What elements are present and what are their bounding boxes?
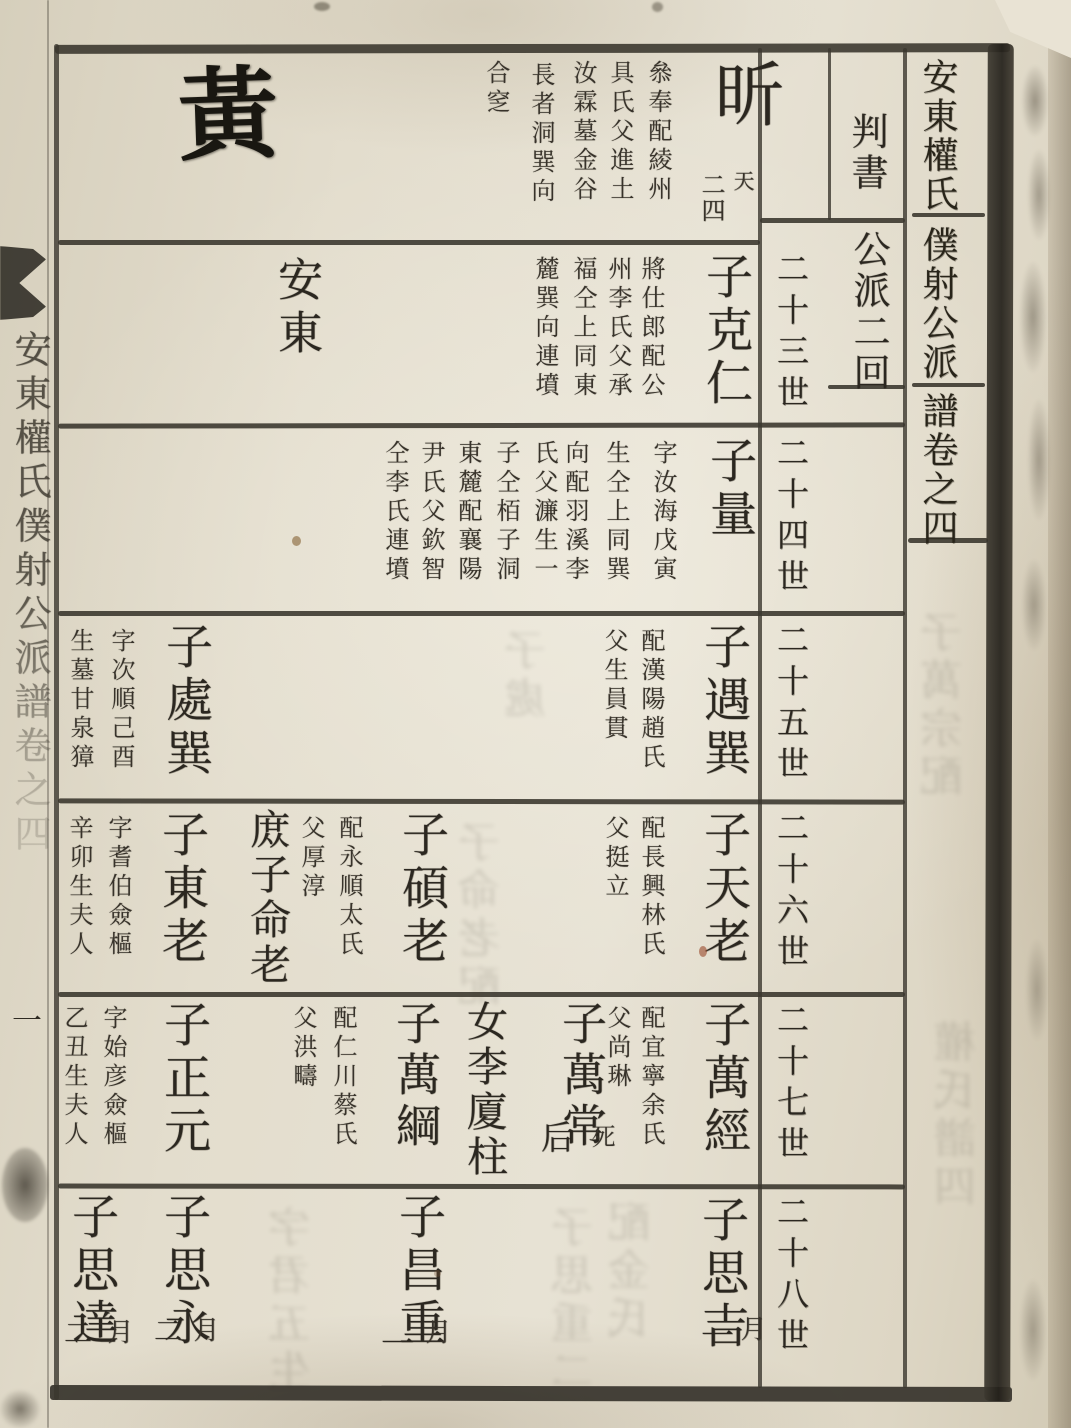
annotation-column: 尹氏父欽智 — [414, 440, 449, 585]
grid-row-line — [58, 422, 905, 428]
bleed-through-text: 子思重二 — [545, 1205, 605, 1397]
person-name: 女李廈柱 — [455, 1000, 514, 1180]
branch-header: 判書 — [839, 112, 893, 194]
annotation-column: 父生員貫 — [597, 628, 632, 744]
title-separator-tick — [912, 383, 985, 387]
annotation-column: 配漢陽趙氏 — [634, 628, 669, 773]
spine-page-number: 一 — [12, 996, 42, 1040]
annotation-column: 生仝上同巽 — [599, 440, 634, 585]
annotation-column: 死 — [584, 1124, 619, 1153]
binding-mark — [1026, 940, 1048, 1040]
grid-row-line — [760, 218, 905, 223]
annotation-column: 父洪疇 — [286, 1005, 321, 1092]
ink-smudge — [0, 1390, 40, 1428]
bleed-through-text: 字君五生 — [262, 1205, 322, 1397]
annotation-column: 父厚淳 — [294, 815, 329, 902]
paper-stack-edge — [1048, 0, 1071, 1428]
annotation-column: 辛卯生夫人 — [62, 815, 97, 960]
annotation-column: 氏父濂生一 — [527, 440, 562, 585]
volume-title-branch: 僕射公派 — [912, 226, 963, 382]
page-reference-page: 二四 — [694, 172, 729, 224]
page-reference-volume: 天 — [728, 170, 758, 193]
person-name: 子東老 — [148, 810, 215, 969]
edge-mark — [314, 2, 330, 11]
grid-column-line — [903, 48, 907, 1388]
frame-bottom-line — [50, 1385, 1012, 1402]
person-name: 子萬綱 — [382, 1000, 447, 1153]
annotation-column: 字耆伯僉樞 — [101, 815, 136, 960]
person-name: 子處巽 — [152, 622, 219, 781]
binding-mark — [1022, 560, 1046, 650]
branch-subtitle: 公派二回 — [841, 230, 895, 394]
generation-label-28: 二十八世 — [768, 1195, 814, 1359]
paper-stain — [292, 536, 301, 546]
annotation-column: 父挺立 — [598, 815, 633, 902]
person-name: 子天老 — [690, 810, 757, 969]
page-reference-page: 二 — [56, 1318, 96, 1348]
fishtail-ornament — [0, 246, 46, 320]
binding-mark — [1020, 262, 1046, 372]
annotation-column: 向配羽溪李 — [558, 440, 593, 585]
bleed-through-text: 子處 — [498, 628, 558, 724]
annotation-column: 仝李氏連墳 — [378, 440, 413, 585]
annotation-column: 生墓甘泉獐 — [63, 628, 98, 773]
annotation-column: 配永順太氏 — [332, 815, 367, 960]
annotation-column: 福仝上同東 — [566, 256, 601, 401]
bleed-through-text: 權氏譜四 — [928, 1020, 988, 1212]
annotation-column: 字次順己酉 — [104, 628, 139, 773]
annotation-column: 配仁川蔡氏 — [326, 1005, 361, 1150]
grid-row-line — [58, 1184, 905, 1190]
annotation-column: 將仕郎配公 — [634, 256, 669, 401]
volume-title-clan: 安東權氏 — [912, 58, 963, 214]
edge-mark — [652, 2, 663, 12]
generation-label-23: 二十三世 — [768, 252, 814, 416]
binding-mark — [1022, 66, 1048, 136]
page-reference-volume: 月 — [100, 1318, 137, 1346]
bleed-through-text: 配金氏 — [602, 1200, 662, 1344]
grid-row-line — [58, 240, 760, 245]
volume-title-volume: 譜卷之四 — [912, 392, 963, 548]
person-name-suffix: 后 — [532, 1120, 579, 1155]
paper-stain — [434, 1270, 441, 1277]
paper-stain — [699, 946, 707, 957]
page-reference-page: 二 — [146, 1316, 186, 1346]
grid-row-line — [58, 798, 905, 804]
binding-mark — [1020, 1280, 1046, 1380]
generation-label-26: 二十六世 — [768, 811, 814, 975]
fold-line — [47, 0, 49, 1428]
person-name: 子碩老 — [388, 810, 455, 969]
annotation-column: 乙丑生夫人 — [57, 1005, 92, 1150]
ancestor-name: 昕 — [694, 58, 795, 128]
person-name: 子克仁 — [692, 252, 759, 411]
person-name: 子萬經 — [690, 1000, 757, 1159]
generation-label-24: 二十四世 — [768, 436, 814, 600]
annotation-column: 東麓配襄陽 — [451, 440, 486, 585]
page-reference-volume: 月 — [186, 1316, 223, 1344]
page-reference-volume: 月 — [418, 1318, 455, 1346]
page-reference-page: 一 — [372, 1326, 419, 1361]
annotation-column: 長者洞巽向 — [524, 62, 559, 207]
person-name: 子量 — [696, 436, 763, 542]
generation-label-25: 二十五世 — [768, 623, 814, 787]
bleed-through-text: 子萬宗配 — [914, 610, 974, 802]
annotation-column: 叅奉配綾州 — [641, 60, 676, 205]
annotation-column: 具氏父進土 — [603, 60, 638, 205]
person-name: 庻子命老 — [238, 808, 297, 988]
ink-smudge — [2, 1148, 48, 1222]
page-reference-page: 一 — [692, 1318, 739, 1353]
binding-mark — [1028, 400, 1050, 520]
grid-column-line — [758, 48, 762, 1388]
annotation-column: 配長興林氏 — [634, 815, 669, 960]
annotation-column: 字始彦僉樞 — [96, 1005, 131, 1150]
annotation-column: 汝霖墓金谷 — [566, 60, 601, 205]
annotation-column: 州李氏父承 — [601, 256, 636, 401]
generation-label-27: 二十七世 — [768, 1003, 814, 1167]
genealogy-book-page: 子萬宗配 權氏譜四 子處 子命老配 子思重二 配金氏 字君五生 安東權氏 僕射公… — [0, 0, 1071, 1428]
frame-right-line — [984, 44, 1014, 1401]
grid-column-line — [828, 48, 831, 220]
bleed-through-text: 子命老配 — [452, 820, 512, 1012]
frame-top-line — [55, 43, 1010, 54]
person-name: 子遇巽 — [690, 622, 757, 781]
grid-row-line — [58, 611, 905, 616]
annotation-column: 麓巽向連墳 — [528, 256, 563, 401]
clan-seat-heading: 安東 — [264, 256, 329, 362]
annotation-column: 配宜寧余氏 — [634, 1005, 669, 1150]
handwritten-character: 黃 — [146, 60, 293, 165]
person-name: 子正元 — [150, 1000, 217, 1159]
grid-row-line — [58, 992, 905, 997]
annotation-column: 字汝海戊寅 — [646, 440, 681, 585]
binding-mark — [1028, 150, 1050, 240]
annotation-column: 合窆 — [479, 60, 514, 118]
annotation-column: 子仝栢子洞 — [489, 440, 524, 585]
